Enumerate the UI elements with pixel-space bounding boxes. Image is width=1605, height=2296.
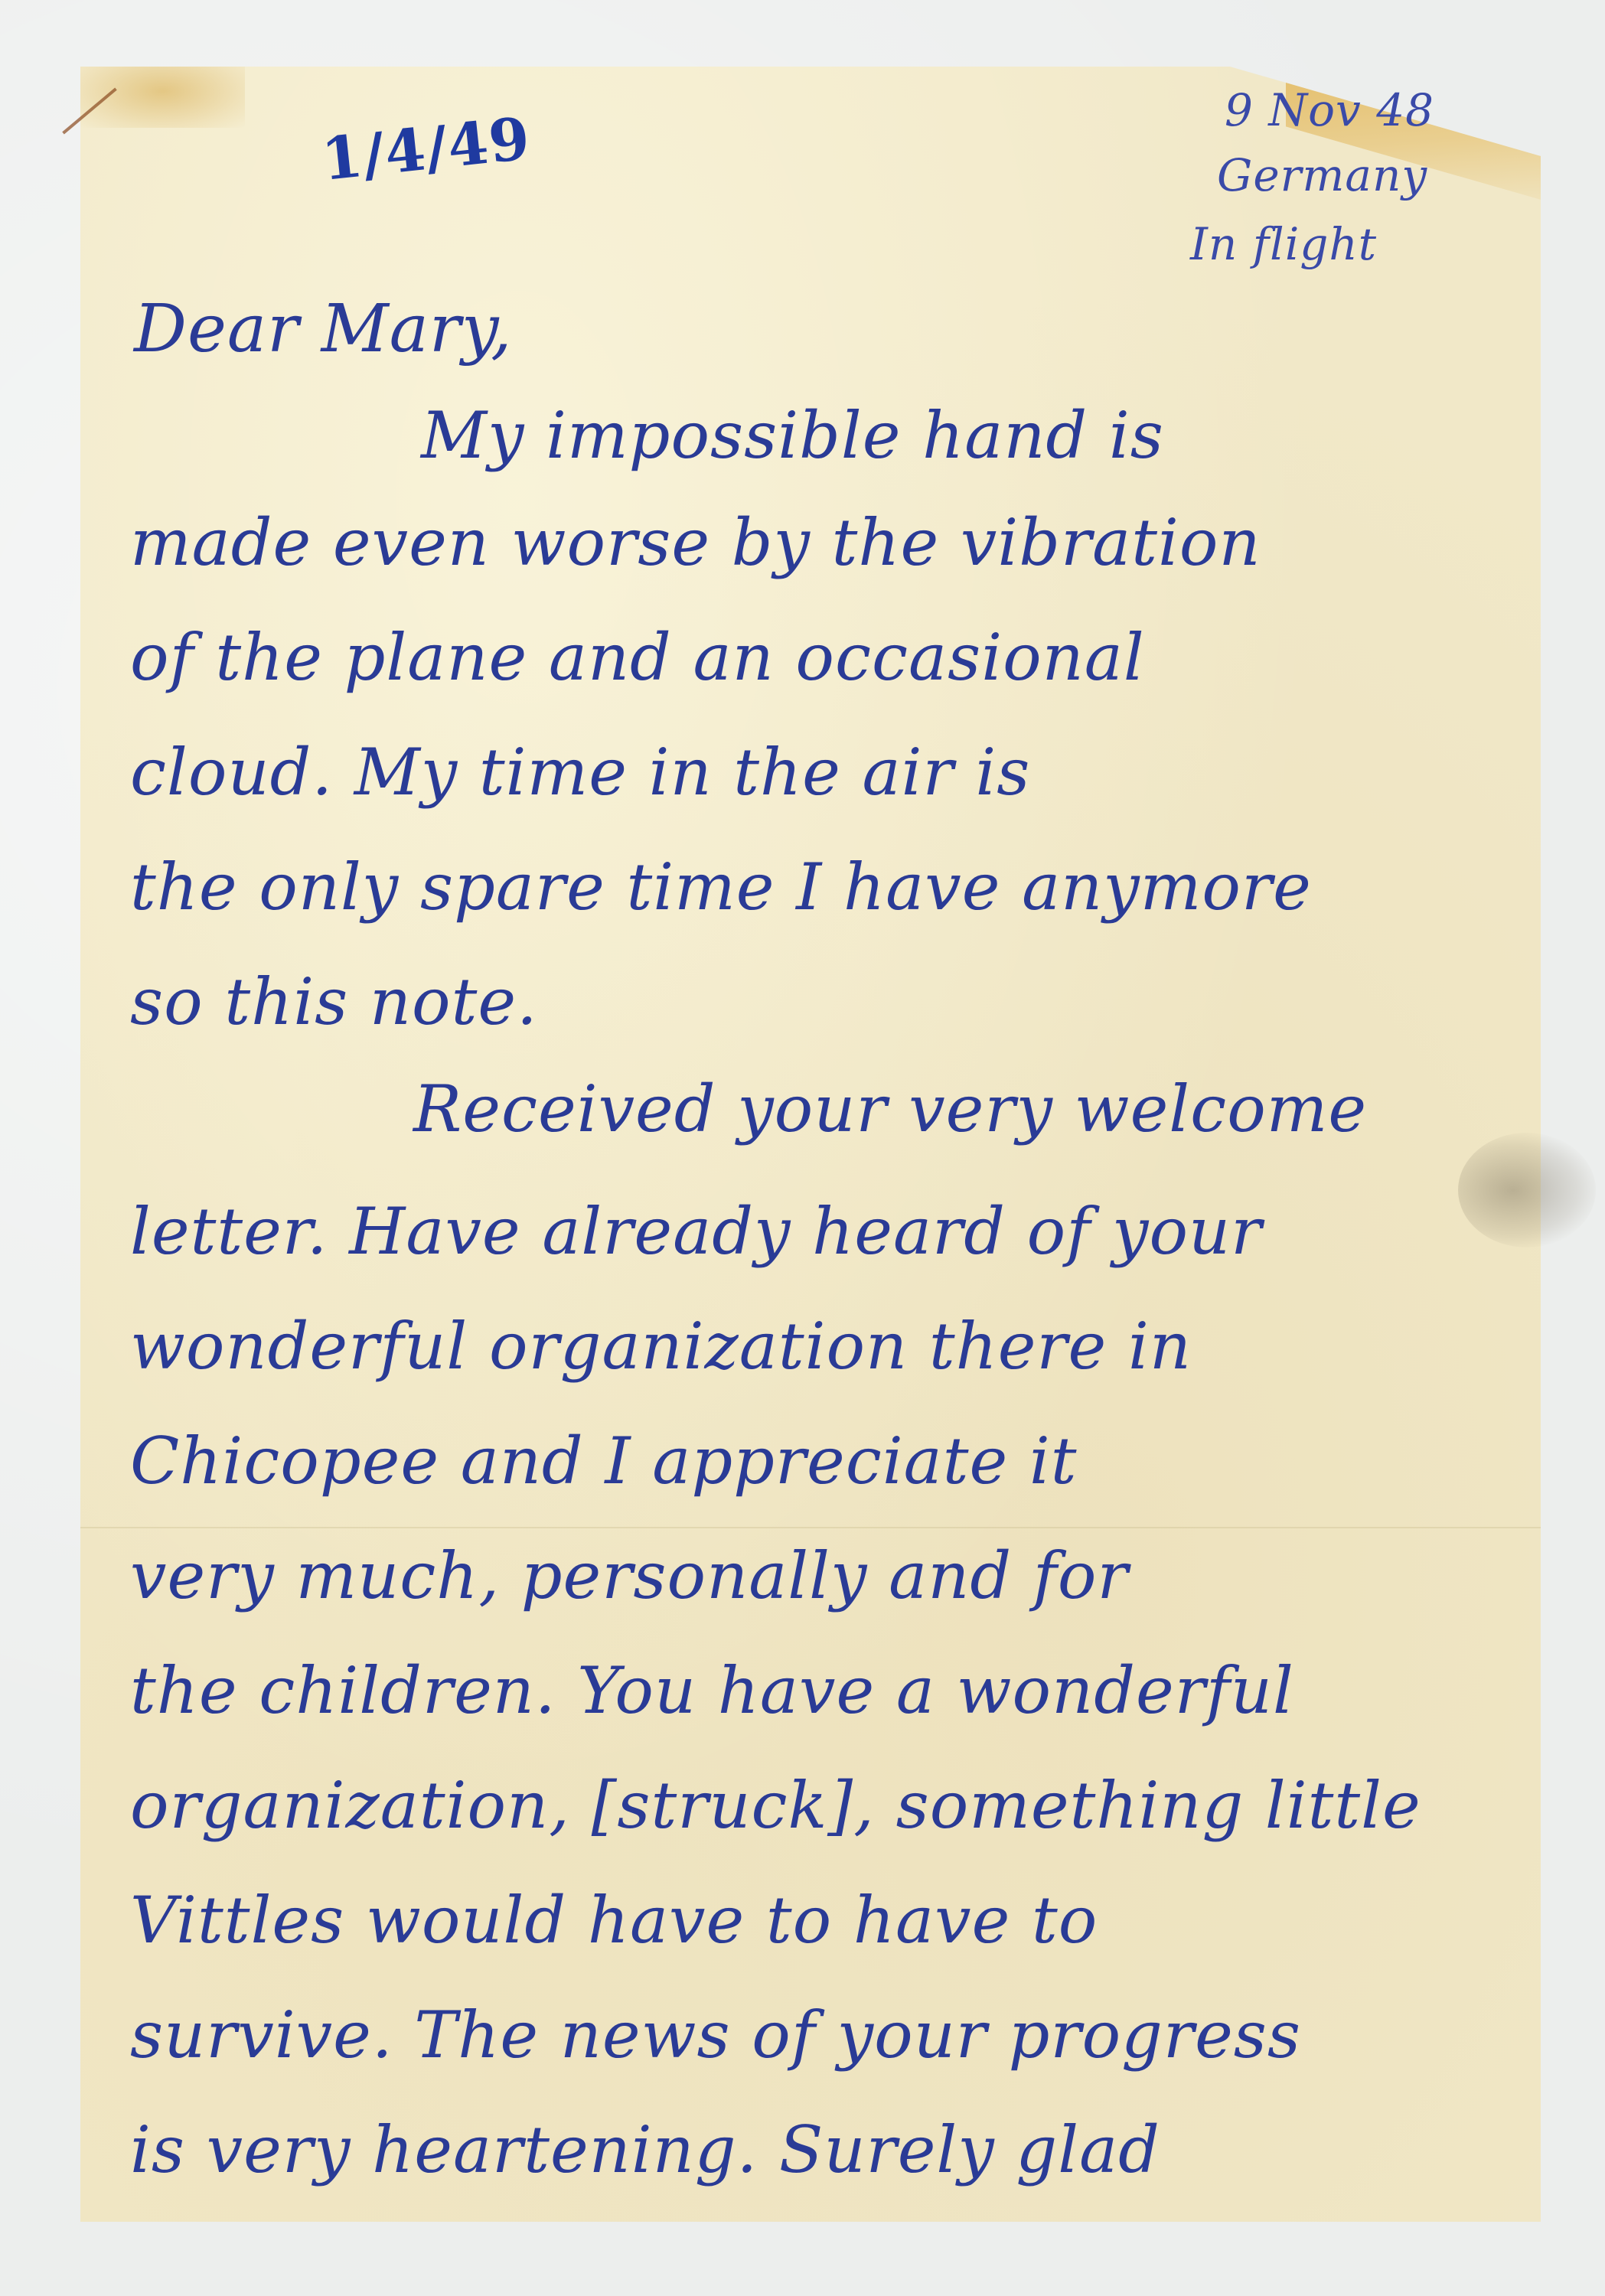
fold-crease (80, 1527, 1541, 1528)
body-line: Vittles would have to have to (130, 1883, 1098, 1958)
body-line: survive. The news of your progress (130, 1998, 1301, 2073)
body-line: My impossible hand is (421, 398, 1164, 473)
body-line: very much, personally and for (130, 1538, 1129, 1613)
body-line: is very heartening. Surely glad (130, 2112, 1160, 2187)
salutation: Dear Mary, (134, 291, 513, 367)
body-line: the only spare time I have anymore (130, 850, 1312, 925)
gray-smudge (1458, 1133, 1596, 1247)
body-line: cloud. My time in the air is (130, 735, 1030, 810)
header-note-status: In flight (1190, 218, 1377, 270)
body-line: of the plane and an occasional (130, 620, 1145, 695)
header-note-date: 9 Nov 48 (1225, 84, 1434, 136)
body-line: made even worse by the vibration (130, 505, 1261, 580)
body-line: letter. Have already heard of your (130, 1194, 1262, 1269)
header-note-location: Germany (1217, 149, 1427, 201)
body-line: wonderful organization there in (130, 1309, 1192, 1384)
body-line: so this note. (130, 964, 538, 1039)
body-line: Received your very welcome (413, 1071, 1367, 1146)
body-line: the children. You have a wonderful (130, 1653, 1294, 1728)
body-line: organization, [struck], something little (130, 1768, 1421, 1843)
body-line: Chicopee and I appreciate it (130, 1424, 1078, 1499)
